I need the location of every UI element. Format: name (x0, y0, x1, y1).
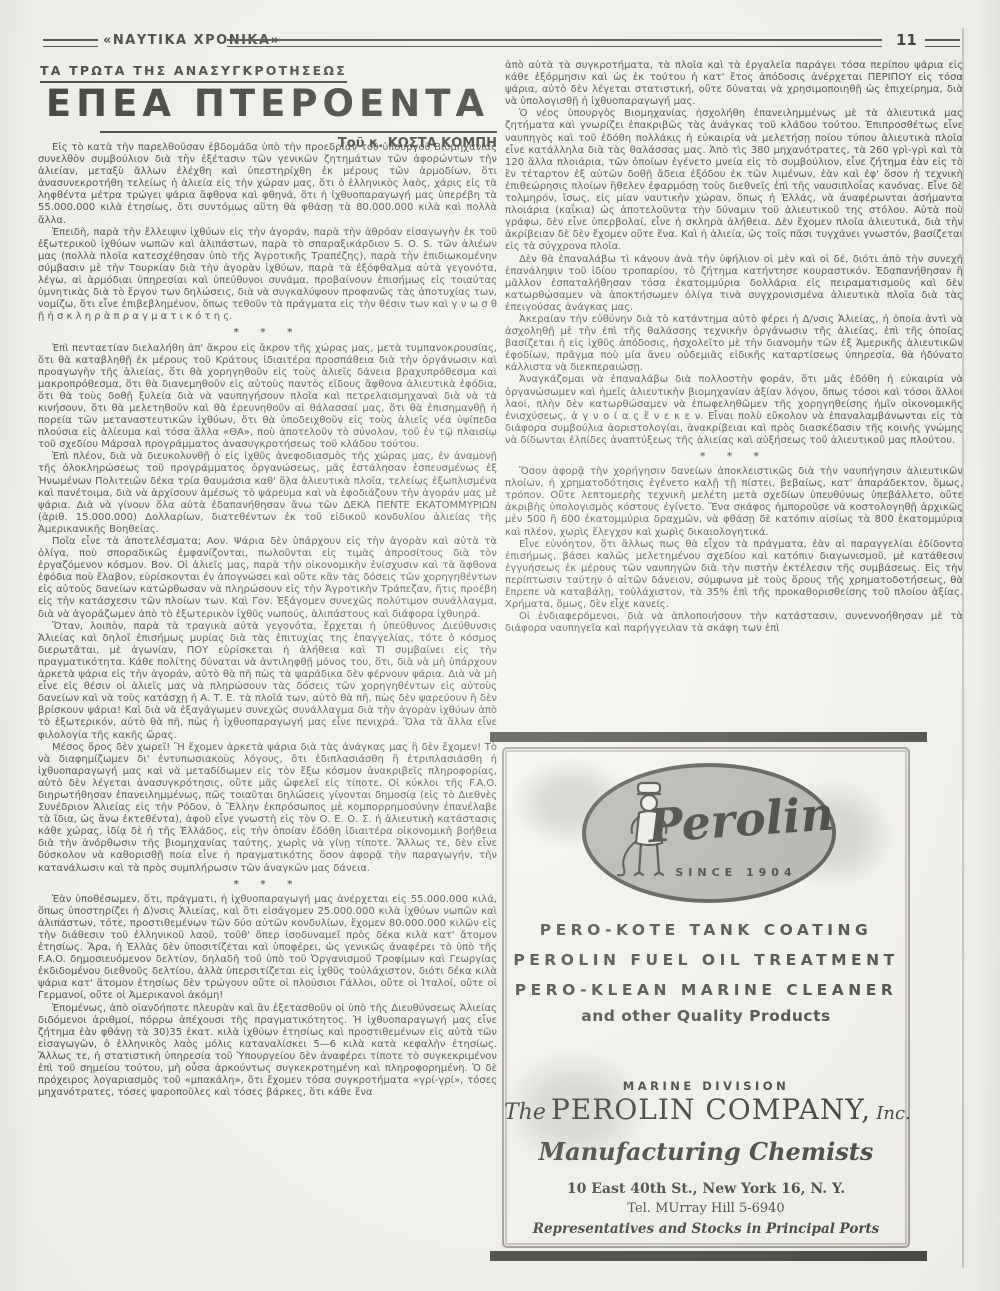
article-paragraph: Ὅταν, λοιπὸν, παρὰ τὰ τραγικὰ αὐτὰ γεγον… (38, 621, 497, 742)
perolin-logo-since: SINCE 1904 (656, 866, 816, 879)
header-rule-middle (227, 39, 882, 47)
magazine-page: «ΝΑΥΤΙΚΑ ΧΡΟΝΙΚΑ» 11 ΤΑ ΤΡΩΤΑ ΤΗΣ ΑΝΑΣΥΓ… (0, 0, 1000, 1291)
article-paragraph: Οἱ ἐνδιαφερόμενοι, διὰ νὰ ἁπλοποιήσουν τ… (505, 611, 963, 635)
ad-footer-tagline: Representatives and Stocks in Principal … (504, 1221, 908, 1237)
article-paragraph: Ἐπὶ πενταετίαν διελαλήθη ἀπ' ἄκρου εἰς ἄ… (38, 343, 497, 452)
perolin-logo-oval: Perolin SINCE 1904 (582, 763, 836, 903)
ad-product-line: PEROLIN FUEL OIL TREATMENT (504, 951, 908, 969)
article-paragraph: Ὁ νέος ὑπουργὸς Βιομηχανίας ἠσχολήθη ἐπα… (505, 108, 963, 253)
page-fold-line (962, 28, 964, 1268)
article-headline: ΕΠΕΑ ΠΤΕΡΟΕΝΤΑ (38, 82, 497, 125)
article-paragraph: Ὅσον ἀφορᾷ τὴν χορήγησιν δανείων ἀποκλει… (505, 466, 963, 539)
article-paragraph: Ἐπειδὴ, παρὰ τὴν ἔλλειψιν ἰχθύων εἰς τὴν… (38, 227, 497, 324)
ad-products-tagline: and other Quality Products (504, 1007, 908, 1025)
article-kicker: ΤΑ ΤΡΩΤΑ ΤΗΣ ΑΝΑΣΥΓΚΡΟΤΗΣΕΩΣ (40, 63, 347, 83)
ad-company-inc: Inc. (876, 1103, 911, 1124)
ad-product-list: PERO-KOTE TANK COATINGPEROLIN FUEL OIL T… (504, 921, 908, 1011)
ad-company-name: The PEROLIN COMPANY, Inc. (504, 1093, 908, 1126)
article-paragraph: Δὲν θὰ ἐπαναλάβω τὶ κάνουν ἀνὰ τὴν ὑφήλι… (505, 254, 963, 314)
ad-address: 10 East 40th St., New York 16, N. Y. (504, 1181, 908, 1197)
divider-bar-bottom (490, 1251, 927, 1261)
article-paragraph: ἀπὸ αὐτὰ τὰ συγκροτήματα, τὰ πλοῖα καὶ τ… (505, 60, 963, 108)
section-separator: * * * (38, 879, 497, 891)
section-separator: * * * (505, 451, 963, 463)
article-paragraph: Μέσος ὅρος δὲν χωρεῖ! Ἢ ἔχομεν ἀρκετὰ ψά… (38, 742, 497, 875)
headline-underline (100, 131, 318, 133)
header-rule-left (43, 39, 98, 47)
article-paragraph: Ἐὰν ὑποθέσωμεν, ὅτι, πράγματι, ἡ ἰχθυοπα… (38, 894, 497, 1003)
article-paragraph: Ἀναγκάζομαι νὰ ἐπαναλάβω διὰ πολλοστὴν φ… (505, 374, 963, 447)
header-rule-right (925, 39, 960, 47)
article-paragraph: Εἰς τὸ κατὰ τὴν παρελθοῦσαν ἑβδομάδα ὑπὸ… (38, 142, 497, 227)
ad-division-label: MARINE DIVISION (504, 1079, 908, 1093)
article-column-right: ἀπὸ αὐτὰ τὰ συγκροτήματα, τὰ πλοῖα καὶ τ… (505, 60, 963, 730)
article-paragraph: Ποῖα εἶνε τὰ ἀποτελέσματα; Αον. Ψάρια δὲ… (38, 536, 497, 621)
perolin-logo-wordmark: Perolin (646, 787, 829, 853)
ad-product-line: PERO-KLEAN MARINE CLEANER (504, 981, 908, 999)
perolin-advertisement: Perolin SINCE 1904 PERO-KOTE TANK COATIN… (502, 747, 910, 1248)
ad-product-line: PERO-KOTE TANK COATING (504, 921, 908, 939)
ad-phone: Tel. MUrray Hill 5-6940 (504, 1201, 908, 1216)
divider-bar-top (490, 732, 927, 742)
article-paragraph: Ἐπὶ πλέον, διὰ νὰ διευκολυνθῇ ὁ εἰς ἰχθῦ… (38, 451, 497, 536)
ad-company-the: The (504, 1100, 546, 1125)
article-paragraph: Ἀκεραίαν τὴν εὐθύνην διὰ τὸ κατάντημα αὐ… (505, 314, 963, 374)
article-paragraph: Ἑπομένως, ἀπὸ οἱανδήποτε πλευρὰν καὶ ἂν … (38, 1003, 497, 1100)
page-number: 11 (896, 31, 917, 49)
ad-subtitle: Manufacturing Chemists (504, 1137, 908, 1166)
article-column-left: Εἰς τὸ κατὰ τὴν παρελθοῦσαν ἑβδομάδα ὑπὸ… (38, 142, 497, 1289)
section-separator: * * * (38, 327, 497, 339)
ad-company-main: PEROLIN COMPANY, (551, 1093, 871, 1126)
article-paragraph: Εἶνε εὐνόητον, ὅτι ἄλλως πως θὰ εἶχον τὰ… (505, 539, 963, 612)
